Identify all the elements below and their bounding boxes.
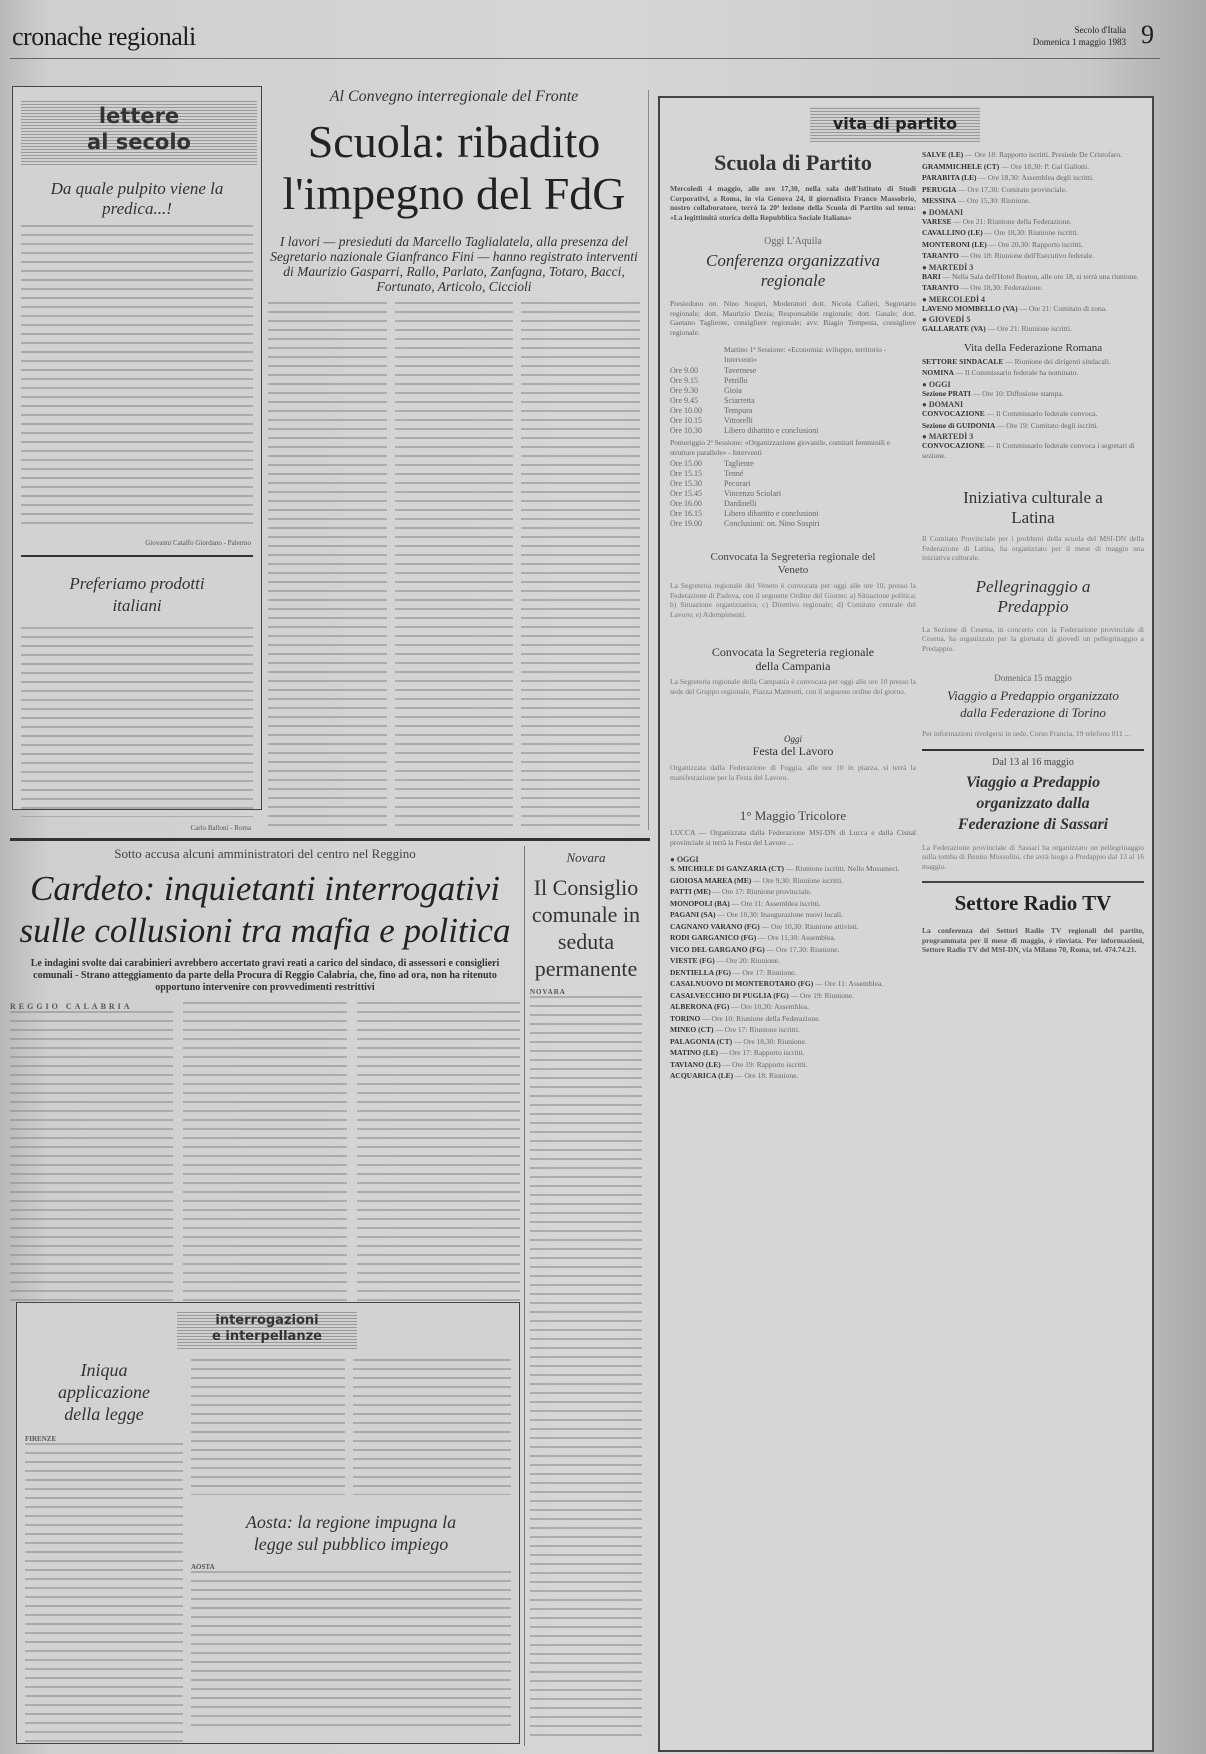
listing-place: PATTI (ME) xyxy=(670,887,713,896)
cardeto-article: Sotto accusa alcuni amministratori del c… xyxy=(10,846,520,1296)
cardeto-body: REGGIO CALABRIA xyxy=(10,1002,520,1302)
listing-place: TAVIANO (LE) xyxy=(670,1060,723,1069)
festa-kicker: Oggi xyxy=(670,734,916,744)
letters-banner-line1: lettere xyxy=(21,103,257,129)
letter2-signature: Carlo Balloni - Roma xyxy=(13,824,251,832)
listing-item: SETTORE SINDACALE — Riunione dei dirigen… xyxy=(922,357,1144,367)
schedule-time: Ore 9.30 xyxy=(670,386,724,396)
aosta-title: Aosta: la regione impugna la legge sul p… xyxy=(241,1511,461,1555)
cardeto-headline-line1: Cardeto: inquietanti interrogativi xyxy=(10,868,520,910)
lead-kicker: Al Convegno interregionale del Fronte xyxy=(264,88,644,106)
schedule-speaker: Vittorelli xyxy=(724,416,753,426)
schedule-speaker: Tagliente xyxy=(724,459,754,469)
latina-text: Il Comitato Provinciale per i problemi d… xyxy=(922,534,1144,563)
veneto-text: La Segreteria regionale del Veneto è con… xyxy=(670,581,916,619)
lead-headline-line1: Scuola: ribadito xyxy=(264,116,644,168)
listing-place: TARANTO xyxy=(922,251,961,260)
day-heading: ● OGGI xyxy=(670,855,916,864)
listing-item: PARABITA (LE) — Ore 18,30: Assemblea deg… xyxy=(922,173,1144,183)
schedule-row: Ore 16.00Dardinelli xyxy=(670,499,916,509)
sassari-divider xyxy=(922,749,1144,751)
newspaper-page: cronache regionali Secolo d'Italia Domen… xyxy=(0,0,1206,1754)
listing-place: MESSINA xyxy=(922,196,958,205)
schedule-speaker: Dardinelli xyxy=(724,499,756,509)
listing-item: TARANTO — Ore 18: Riunione dell'Esecutiv… xyxy=(922,251,1144,261)
listing-item: MINEO (CT) — Ore 17: Riunione iscritti. xyxy=(670,1025,916,1035)
listing-place: TARANTO xyxy=(922,283,961,292)
campania-text: La Segreteria regionale della Campania è… xyxy=(670,677,916,696)
schedule-speaker: Conclusioni: on. Nino Sospiri xyxy=(724,519,820,529)
schedule-row: Ore 10.30Libero dibattito e conclusioni xyxy=(670,426,916,436)
listing-place: Sezione PRATI xyxy=(922,389,973,398)
schedule-time: Ore 15.15 xyxy=(670,469,724,479)
letter1-signature: Giovanni Catalfo Giordano - Palermo xyxy=(13,539,251,547)
issue-date: Domenica 1 maggio 1983 xyxy=(1033,36,1126,48)
day-heading: ● MARTEDÌ 3 xyxy=(922,263,1144,272)
column-divider xyxy=(648,90,649,830)
listing-item: NOMINA — Il Commissario federale ha nomi… xyxy=(922,368,1144,378)
letter1-body xyxy=(21,225,253,535)
schedule-row: Ore 9.00Tavernese xyxy=(670,366,916,376)
aquila-afternoon-label: Pomeriggio 2ª Sessione: «Organizzazione … xyxy=(670,438,916,457)
schedule-row: Ore 9.45Sciarretta xyxy=(670,396,916,406)
listing-place: GALLARATE (VA) xyxy=(922,324,988,333)
lead-body-col2 xyxy=(395,302,514,832)
day-heading: ● DOMANI xyxy=(922,400,1144,409)
schedule-speaker: Sciarretta xyxy=(724,396,755,406)
day-heading: ● MARTEDÌ 3 xyxy=(922,432,1144,441)
iniqua-body xyxy=(25,1443,183,1743)
listing-item: VARESE — Ore 21: Riunione della Federazi… xyxy=(922,217,1144,227)
section-title: cronache regionali xyxy=(12,22,196,52)
listing-item: GRAMMICHELE (CT) — Ore 18,30: P. Gal Gal… xyxy=(922,162,1144,172)
lead-deck: I lavori — presieduti da Marcello Taglia… xyxy=(270,234,638,294)
lead-headline: Scuola: ribadito l'impegno del FdG xyxy=(264,116,644,220)
schedule-row: Ore 16.15Libero dibattito e conclusioni xyxy=(670,509,916,519)
listing-place: Sezione di GUIDONIA xyxy=(922,421,997,430)
schedule-row: Ore 19.00Conclusioni: on. Nino Sospiri xyxy=(670,519,916,529)
vita-banner: vita di partito xyxy=(810,106,980,142)
listing-place: BARI xyxy=(922,272,943,281)
schedule-time: Ore 15.00 xyxy=(670,459,724,469)
listing-item: LAVENO MOMBELLO (VA) — Ore 21: Comitato … xyxy=(922,304,1144,314)
scuola-text: Mercoledì 4 maggio, alle ore 17,30, nell… xyxy=(670,184,916,222)
day-heading: ● GIOVEDÌ 5 xyxy=(922,315,1144,324)
lead-body-col3 xyxy=(521,302,640,832)
latina-title: Iniziativa culturale a Latina xyxy=(942,488,1124,528)
schedule-row: Ore 10.15Vittorelli xyxy=(670,416,916,426)
schedule-speaker: Libero dibattito e conclusioni xyxy=(724,426,818,436)
festa-text: Organizzata dalla Federazione di Foggia,… xyxy=(670,763,916,782)
schedule-row: Ore 9.30Gioia xyxy=(670,386,916,396)
day-heading: ● OGGI xyxy=(922,380,1144,389)
listing-place: MATINO (LE) xyxy=(670,1048,720,1057)
pellegrinaggio-text: La Sezione di Cesena, in concerto con la… xyxy=(922,625,1144,654)
novara-body xyxy=(530,996,642,1736)
novara-headline: Il Consiglio comunale in seduta permanen… xyxy=(530,874,642,982)
schedule-speaker: Tenné xyxy=(724,469,743,479)
aquila-text: Presiedono on. Nino Sospiri, Moderatori … xyxy=(670,299,916,337)
listing-item: S. MICHELE DI GANZARIA (CT) — Riunione i… xyxy=(670,864,916,874)
schedule-time: Ore 9.00 xyxy=(670,366,724,376)
listing-place: CASALNUOVO DI MONTEROTARO (FG) xyxy=(670,979,815,988)
aquila-morning-label: Mattino 1ª Sessione: «Economia: sviluppo… xyxy=(724,345,916,364)
schedule-row: Ore 15.45Vincenzo Sciolari xyxy=(670,489,916,499)
maggio-text: LUCCA — Organizzata dalla Federazione MS… xyxy=(670,828,916,847)
maggio-listings: ● OGGIS. MICHELE DI GANZARIA (CT) — Riun… xyxy=(670,855,916,1081)
listing-item: GALLARATE (VA) — Ore 21: Riunione iscrit… xyxy=(922,324,1144,334)
schedule-time: Ore 16.00 xyxy=(670,499,724,509)
iniqua-dateline: FIRENZE xyxy=(25,1435,183,1443)
listing-item: TORINO — Ore 10: Riunione della Federazi… xyxy=(670,1014,916,1024)
page-number: 9 xyxy=(1141,20,1154,50)
schedule-row: Ore 15.00Tagliente xyxy=(670,459,916,469)
schedule-time: Ore 15.45 xyxy=(670,489,724,499)
sassari-text: La Federazione provinciale di Sassari ha… xyxy=(922,843,1144,872)
letters-banner-line2: al secolo xyxy=(21,129,257,155)
aquila-title: Conferenza organizzativa regionale xyxy=(680,251,906,291)
listing-place: PARABITA (LE) xyxy=(922,173,978,182)
listing-item: MONTERONI (LE) — Ore 20,30: Rapporto isc… xyxy=(922,240,1144,250)
listing-item: MATINO (LE) — Ore 17: Rapporto iscritti. xyxy=(670,1048,916,1058)
schedule-row: Ore 15.30Pecorari xyxy=(670,479,916,489)
interrogazioni-banner: interrogazioni e interpellanze xyxy=(177,1311,357,1349)
federazione-romana-list: SETTORE SINDACALE — Riunione dei dirigen… xyxy=(922,357,1144,461)
cardeto-deck: Le indagini svolte dai carabinieri avreb… xyxy=(16,958,514,994)
interrogazioni-col1: Iniqua applicazione della legge FIRENZE xyxy=(25,1359,183,1743)
schedule-time: Ore 16.15 xyxy=(670,509,724,519)
interrogazioni-box: interrogazioni e interpellanze Iniqua ap… xyxy=(16,1302,520,1744)
federazione-romana-title: Vita della Federazione Romana xyxy=(962,342,1104,355)
cardeto-dateline: REGGIO CALABRIA xyxy=(10,1002,173,1011)
listing-item: Sezione di GUIDONIA — Ore 19: Comitato d… xyxy=(922,421,1144,431)
vita-di-partito-box: vita di partito Scuola di Partito Mercol… xyxy=(658,96,1154,1752)
novara-kicker: Novara xyxy=(530,850,642,866)
torino-kicker: Domenica 15 maggio xyxy=(922,673,1144,683)
festa-title: Festa del Lavoro xyxy=(670,744,916,759)
aosta-article: Aosta: la regione impugna la legge sul p… xyxy=(191,1495,511,1731)
listing-item: CASALVECCHIO DI PUGLIA (FG) — Ore 19: Ri… xyxy=(670,991,916,1001)
letter2-body xyxy=(21,627,253,822)
lead-headline-line2: l'impegno del FdG xyxy=(264,168,644,220)
schedule-time: Ore 10.15 xyxy=(670,416,724,426)
vita-right-column: SALVE (LE) — Ore 18: Rapporto iscritti. … xyxy=(922,150,1144,955)
iniqua-title: Iniqua applicazione della legge xyxy=(45,1359,163,1425)
right-listings: SALVE (LE) — Ore 18: Rapporto iscritti. … xyxy=(922,150,1144,334)
schedule-time: Ore 19.00 xyxy=(670,519,724,529)
aosta-dateline: AOSTA xyxy=(191,1563,511,1571)
novara-left-divider xyxy=(524,846,525,1746)
listing-item: CONVOCAZIONE — Il Commissario federale c… xyxy=(922,409,1144,419)
campania-title: Convocata la Segreteria regionale della … xyxy=(700,645,886,673)
listing-place: VARESE xyxy=(922,217,953,226)
listing-place: PAGANI (SA) xyxy=(670,910,717,919)
cardeto-top-rule xyxy=(10,838,650,841)
listing-place: ACQUARICA (LE) xyxy=(670,1071,735,1080)
listing-place: RODI GARGANICO (FG) xyxy=(670,933,758,942)
listing-item: SALVE (LE) — Ore 18: Rapporto iscritti. … xyxy=(922,150,1144,160)
listing-item: VICO DEL GARGANO (FG) — Ore 17,30: Riuni… xyxy=(670,945,916,955)
listing-place: ALBERONA (FG) xyxy=(670,1002,731,1011)
novara-article: Novara Il Consiglio comunale in seduta p… xyxy=(530,850,642,1740)
aquila-schedule-morning: Ore 9.00TaverneseOre 9.15PetrilloOre 9.3… xyxy=(670,366,916,436)
listing-item: TARANTO — Ore 18,30: Federazione. xyxy=(922,283,1144,293)
paper-info: Secolo d'Italia Domenica 1 maggio 1983 xyxy=(1033,24,1126,48)
radio-tv-title: Settore Radio TV xyxy=(922,891,1144,916)
torino-title: Viaggio a Predappio organizzato dalla Fe… xyxy=(942,687,1124,721)
listing-place: PALAGONIA (CT) xyxy=(670,1037,734,1046)
letter1-title: Da quale pulpito viene la predica...! xyxy=(43,179,231,219)
schedule-speaker: Gioia xyxy=(724,386,742,396)
masthead-rule xyxy=(10,58,1160,59)
listing-place: VICO DEL GARGANO (FG) xyxy=(670,945,767,954)
letter2-title: Preferiamo prodotti italiani xyxy=(53,573,221,617)
listing-item: RODI GARGANICO (FG) — Ore 11,30: Assembl… xyxy=(670,933,916,943)
listing-item: PERUGIA — Ore 17,30: Comitato provincial… xyxy=(922,185,1144,195)
listing-item: MONOPOLI (BA) — Ore 11: Assemblea iscrit… xyxy=(670,899,916,909)
listing-place: NOMINA xyxy=(922,368,956,377)
lead-article: Al Convegno interregionale del Fronte Sc… xyxy=(264,84,644,834)
listing-item: TAVIANO (LE) — Ore 19: Rapporto iscritti… xyxy=(670,1060,916,1070)
listing-item: ACQUARICA (LE) — Ore 18: Riunione. xyxy=(670,1071,916,1081)
listing-item: Sezione PRATI — Ore 10: Diffusione stamp… xyxy=(922,389,1144,399)
letters-banner: lettere al secolo xyxy=(21,99,257,165)
schedule-speaker: Petrillo xyxy=(724,376,748,386)
lead-body xyxy=(268,302,640,832)
listing-place: GIOIOSA MAREA (ME) xyxy=(670,876,753,885)
radio-divider xyxy=(922,881,1144,883)
listing-place: LAVENO MOMBELLO (VA) xyxy=(922,304,1019,313)
listing-item: VIESTE (FG) — Ore 20: Riunione. xyxy=(670,956,916,966)
listing-place: DENTIELLA (FG) xyxy=(670,968,733,977)
listing-place: CASALVECCHIO DI PUGLIA (FG) xyxy=(670,991,791,1000)
interrogazioni-banner-line1: interrogazioni xyxy=(177,1313,357,1329)
letters-box: lettere al secolo Da quale pulpito viene… xyxy=(12,86,262,810)
schedule-speaker: Vincenzo Sciolari xyxy=(724,489,781,499)
listing-place: CONVOCAZIONE xyxy=(922,409,987,418)
schedule-time: Ore 9.15 xyxy=(670,376,724,386)
radio-tv-text: La conferenza dei Settori Radio TV regio… xyxy=(922,926,1144,955)
listing-item: PAGANI (SA) — Ore 10,30: Inaugurazione n… xyxy=(670,910,916,920)
listing-place: VIESTE (FG) xyxy=(670,956,717,965)
schedule-row: Ore 15.15Tenné xyxy=(670,469,916,479)
pellegrinaggio-title: Pellegrinaggio a Predappio xyxy=(952,577,1114,617)
aosta-body xyxy=(191,1571,511,1731)
schedule-row: Ore 9.15Petrillo xyxy=(670,376,916,386)
sassari-title: Viaggio a Predappio organizzato dalla Fe… xyxy=(942,772,1124,835)
listing-place: MONOPOLI (BA) xyxy=(670,899,732,908)
schedule-speaker: Pecorari xyxy=(724,479,751,489)
listing-place: MINEO (CT) xyxy=(670,1025,715,1034)
letters-divider xyxy=(21,555,253,557)
cardeto-headline: Cardeto: inquietanti interrogativi sulle… xyxy=(10,868,520,952)
listing-item: MESSINA — Ore 15,30: Riunione. xyxy=(922,196,1144,206)
cardeto-kicker: Sotto accusa alcuni amministratori del c… xyxy=(10,846,520,862)
vita-left-column: Scuola di Partito Mercoledì 4 maggio, al… xyxy=(670,150,916,1083)
cardeto-body-col1: REGGIO CALABRIA xyxy=(10,1002,173,1302)
scuola-title: Scuola di Partito xyxy=(670,150,916,176)
listing-place: TORINO xyxy=(670,1014,702,1023)
cardeto-body-col3 xyxy=(357,1002,520,1302)
aquila-kicker: Oggi L'Aquila xyxy=(670,236,916,247)
listing-place: GRAMMICHELE (CT) xyxy=(922,162,1001,171)
listing-item: BARI — Nella Sala dell'Hotel Boston, all… xyxy=(922,272,1144,282)
maggio-title: 1° Maggio Tricolore xyxy=(670,808,916,824)
interrogazioni-banner-line2: e interpellanze xyxy=(177,1329,357,1345)
listing-item: GIOIOSA MAREA (ME) — Ore 9,30: Riunione … xyxy=(670,876,916,886)
schedule-row: Ore 10.00Tempura xyxy=(670,406,916,416)
schedule-speaker: Tavernese xyxy=(724,366,756,376)
sassari-kicker: Dal 13 al 16 maggio xyxy=(922,757,1144,768)
vita-banner-label: vita di partito xyxy=(833,114,957,133)
veneto-title: Convocata la Segreteria regionale del Ve… xyxy=(710,551,876,577)
day-heading: ● MERCOLEDÌ 4 xyxy=(922,295,1144,304)
listing-place: S. MICHELE DI GANZARIA (CT) xyxy=(670,864,786,873)
listing-item: CAGNANO VARANO (FG) — Ore 10,30: Riunion… xyxy=(670,922,916,932)
cardeto-body-col2 xyxy=(183,1002,346,1302)
listing-place: PERUGIA xyxy=(922,185,958,194)
paper-name: Secolo d'Italia xyxy=(1033,24,1126,36)
listing-item: PATTI (ME) — Ore 17: Riunione provincial… xyxy=(670,887,916,897)
listing-place: MONTERONI (LE) xyxy=(922,240,989,249)
day-heading: ● DOMANI xyxy=(922,208,1144,217)
aquila-schedule-afternoon: Ore 15.00TaglienteOre 15.15TennéOre 15.3… xyxy=(670,459,916,529)
schedule-time: Ore 15.30 xyxy=(670,479,724,489)
listing-place: SALVE (LE) xyxy=(922,150,965,159)
listing-item: DENTIELLA (FG) — Ore 17: Riunione. xyxy=(670,968,916,978)
cardeto-headline-line2: sulle collusioni tra mafia e politica xyxy=(10,910,520,952)
lead-body-col1 xyxy=(268,302,387,832)
listing-place: SETTORE SINDACALE xyxy=(922,357,1005,366)
listing-item: CONVOCAZIONE — Il Commissario federale c… xyxy=(922,441,1144,460)
listing-place: CAVALLINO (LE) xyxy=(922,228,985,237)
listing-item: PALAGONIA (CT) — Ore 18,30: Riunione. xyxy=(670,1037,916,1047)
novara-dateline: NOVARA xyxy=(530,988,642,996)
schedule-speaker: Tempura xyxy=(724,406,752,416)
torino-text: Per informazioni rivolgersi in sede, Cor… xyxy=(922,729,1144,739)
schedule-speaker: Libero dibattito e conclusioni xyxy=(724,509,818,519)
schedule-time: Ore 9.45 xyxy=(670,396,724,406)
schedule-time: Ore 10.30 xyxy=(670,426,724,436)
schedule-time: Ore 10.00 xyxy=(670,406,724,416)
listing-item: CAVALLINO (LE) — Ore 18,30: Riunione isc… xyxy=(922,228,1144,238)
listing-place: CAGNANO VARANO (FG) xyxy=(670,922,762,931)
listing-item: ALBERONA (FG) — Ore 10,30: Assemblea. xyxy=(670,1002,916,1012)
listing-place: CONVOCAZIONE xyxy=(922,441,987,450)
listing-item: CASALNUOVO DI MONTEROTARO (FG) — Ore 11:… xyxy=(670,979,916,989)
